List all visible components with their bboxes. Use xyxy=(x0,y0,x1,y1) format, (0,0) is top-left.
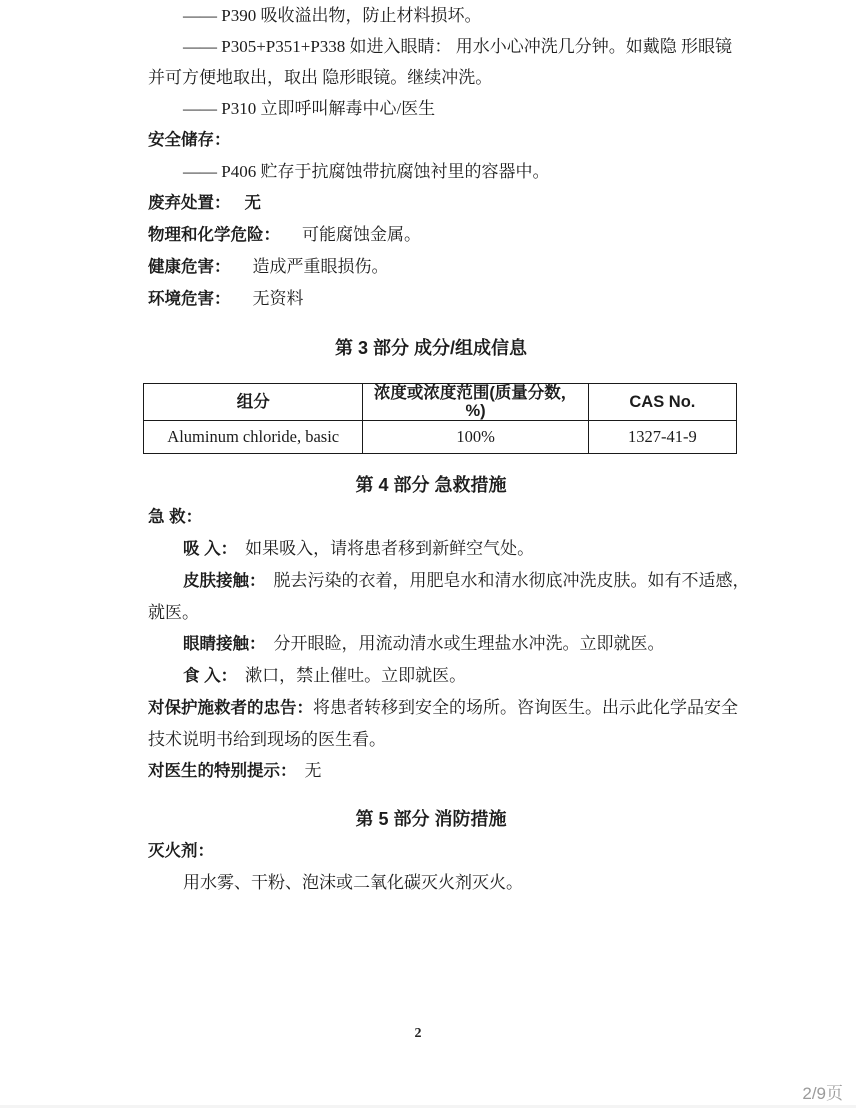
col-header-component: 组分 xyxy=(144,384,363,421)
composition-table-header-row: 组分 浓度或浓度范围(质量分数，%) CAS No. xyxy=(144,384,737,421)
cell-cas-no: 1327-41-9 xyxy=(588,421,736,454)
extinguisher-text-line: 用水雾、干粉、泡沫或二氧化碳灭火剂灭火。 xyxy=(148,867,714,898)
disposal-line: 废弃处置：无 xyxy=(148,187,714,219)
skin-contact-continuation: 就医。 xyxy=(148,597,714,628)
phys-chem-value: 可能腐蚀金属。 xyxy=(302,225,421,244)
first-aid-label: 急 救： xyxy=(148,508,202,526)
env-hazard-line: 环境危害：无资料 xyxy=(148,283,714,315)
disposal-value: 无 xyxy=(245,194,262,212)
eye-contact-line: 眼睛接触：分开眼睑，用流动清水或生理盐水冲洗。立即就医。 xyxy=(148,628,714,660)
col-header-cas-no: CAS No. xyxy=(588,384,736,421)
ingestion-line: 食 入：漱口，禁止催吐。立即就医。 xyxy=(148,660,714,692)
doctor-note-value: 无 xyxy=(305,761,322,780)
table-row: Aluminum chloride, basic 100% 1327-41-9 xyxy=(144,421,737,454)
precaution-p310: —— P310 立即呼叫解毒中心/医生 xyxy=(148,93,714,124)
skin-contact-text: 脱去污染的衣着，用肥皂水和清水彻底冲洗皮肤。如有不适感， xyxy=(274,571,750,590)
precaution-p305-line2: 并可方便地取出，取出 隐形眼镜。继续冲洗。 xyxy=(148,62,714,93)
ingestion-text: 漱口，禁止催吐。立即就医。 xyxy=(245,666,466,685)
section5-title: 第 5 部分 消防措施 xyxy=(148,804,714,835)
skin-contact-line: 皮肤接触：脱去污染的衣着，用肥皂水和清水彻底冲洗皮肤。如有不适感， xyxy=(148,565,714,597)
inhalation-text: 如果吸入，请将患者移到新鲜空气处。 xyxy=(245,539,534,558)
rescuer-advice-text: 将患者转移到安全的场所。咨询医生。出示此化学品安全 xyxy=(313,698,738,717)
document-body: —— P390 吸收溢出物，防止材料损坏。 —— P305+P351+P338 … xyxy=(148,0,714,898)
page-number: 2 xyxy=(0,1026,836,1042)
doctor-note-line: 对医生的特别提示：无 xyxy=(148,755,714,787)
section3-title: 第 3 部分 成分/组成信息 xyxy=(148,333,714,364)
rescuer-advice-label: 对保护施救者的忠告： xyxy=(148,699,313,717)
page-indicator: 2/9页 xyxy=(802,1079,843,1104)
extinguisher-label: 灭火剂： xyxy=(148,842,214,860)
env-hazard-label: 环境危害： xyxy=(148,290,231,308)
phys-chem-label: 物理和化学危险： xyxy=(148,226,280,244)
disposal-label: 废弃处置： xyxy=(148,194,231,212)
safe-storage-heading: 安全储存： xyxy=(148,124,714,156)
cell-concentration: 100% xyxy=(363,421,588,454)
health-hazard-value: 造成严重眼损伤。 xyxy=(253,257,389,276)
cell-component-name: Aluminum chloride, basic xyxy=(144,421,363,454)
rescuer-advice-continuation: 技术说明书给到现场的医生看。 xyxy=(148,724,714,755)
safe-storage-label: 安全储存： xyxy=(148,131,231,149)
precaution-p406: —— P406 贮存于抗腐蚀带抗腐蚀衬里的容器中。 xyxy=(148,156,714,187)
composition-table: 组分 浓度或浓度范围(质量分数，%) CAS No. Aluminum chlo… xyxy=(143,383,737,454)
doctor-note-label: 对医生的特别提示： xyxy=(148,762,297,780)
health-hazard-line: 健康危害：造成严重眼损伤。 xyxy=(148,251,714,283)
first-aid-heading: 急 救： xyxy=(148,501,714,533)
eye-contact-label: 眼睛接触： xyxy=(183,635,266,653)
precaution-p390: —— P390 吸收溢出物，防止材料损坏。 xyxy=(148,0,714,31)
col-header-concentration: 浓度或浓度范围(质量分数，%) xyxy=(363,384,588,421)
ingestion-label: 食 入： xyxy=(183,667,237,685)
health-hazard-label: 健康危害： xyxy=(148,258,231,276)
section4-title: 第 4 部分 急救措施 xyxy=(148,470,714,501)
rescuer-advice-line: 对保护施救者的忠告：将患者转移到安全的场所。咨询医生。出示此化学品安全 xyxy=(148,692,714,724)
skin-contact-label: 皮肤接触： xyxy=(183,572,266,590)
inhalation-line: 吸 入：如果吸入，请将患者移到新鲜空气处。 xyxy=(148,533,714,565)
precaution-p305-line1: —— P305+P351+P338 如进入眼睛： 用水小心冲洗几分钟。如戴隐 形… xyxy=(148,31,714,62)
sds-document-page: { "doc": { "section2": { "p390": "—— P39… xyxy=(0,0,856,1108)
extinguisher-heading: 灭火剂： xyxy=(148,835,714,867)
env-hazard-value: 无资料 xyxy=(253,289,304,308)
phys-chem-line: 物理和化学危险：可能腐蚀金属。 xyxy=(148,219,714,251)
eye-contact-text: 分开眼睑，用流动清水或生理盐水冲洗。立即就医。 xyxy=(274,634,665,653)
inhalation-label: 吸 入： xyxy=(183,540,237,558)
